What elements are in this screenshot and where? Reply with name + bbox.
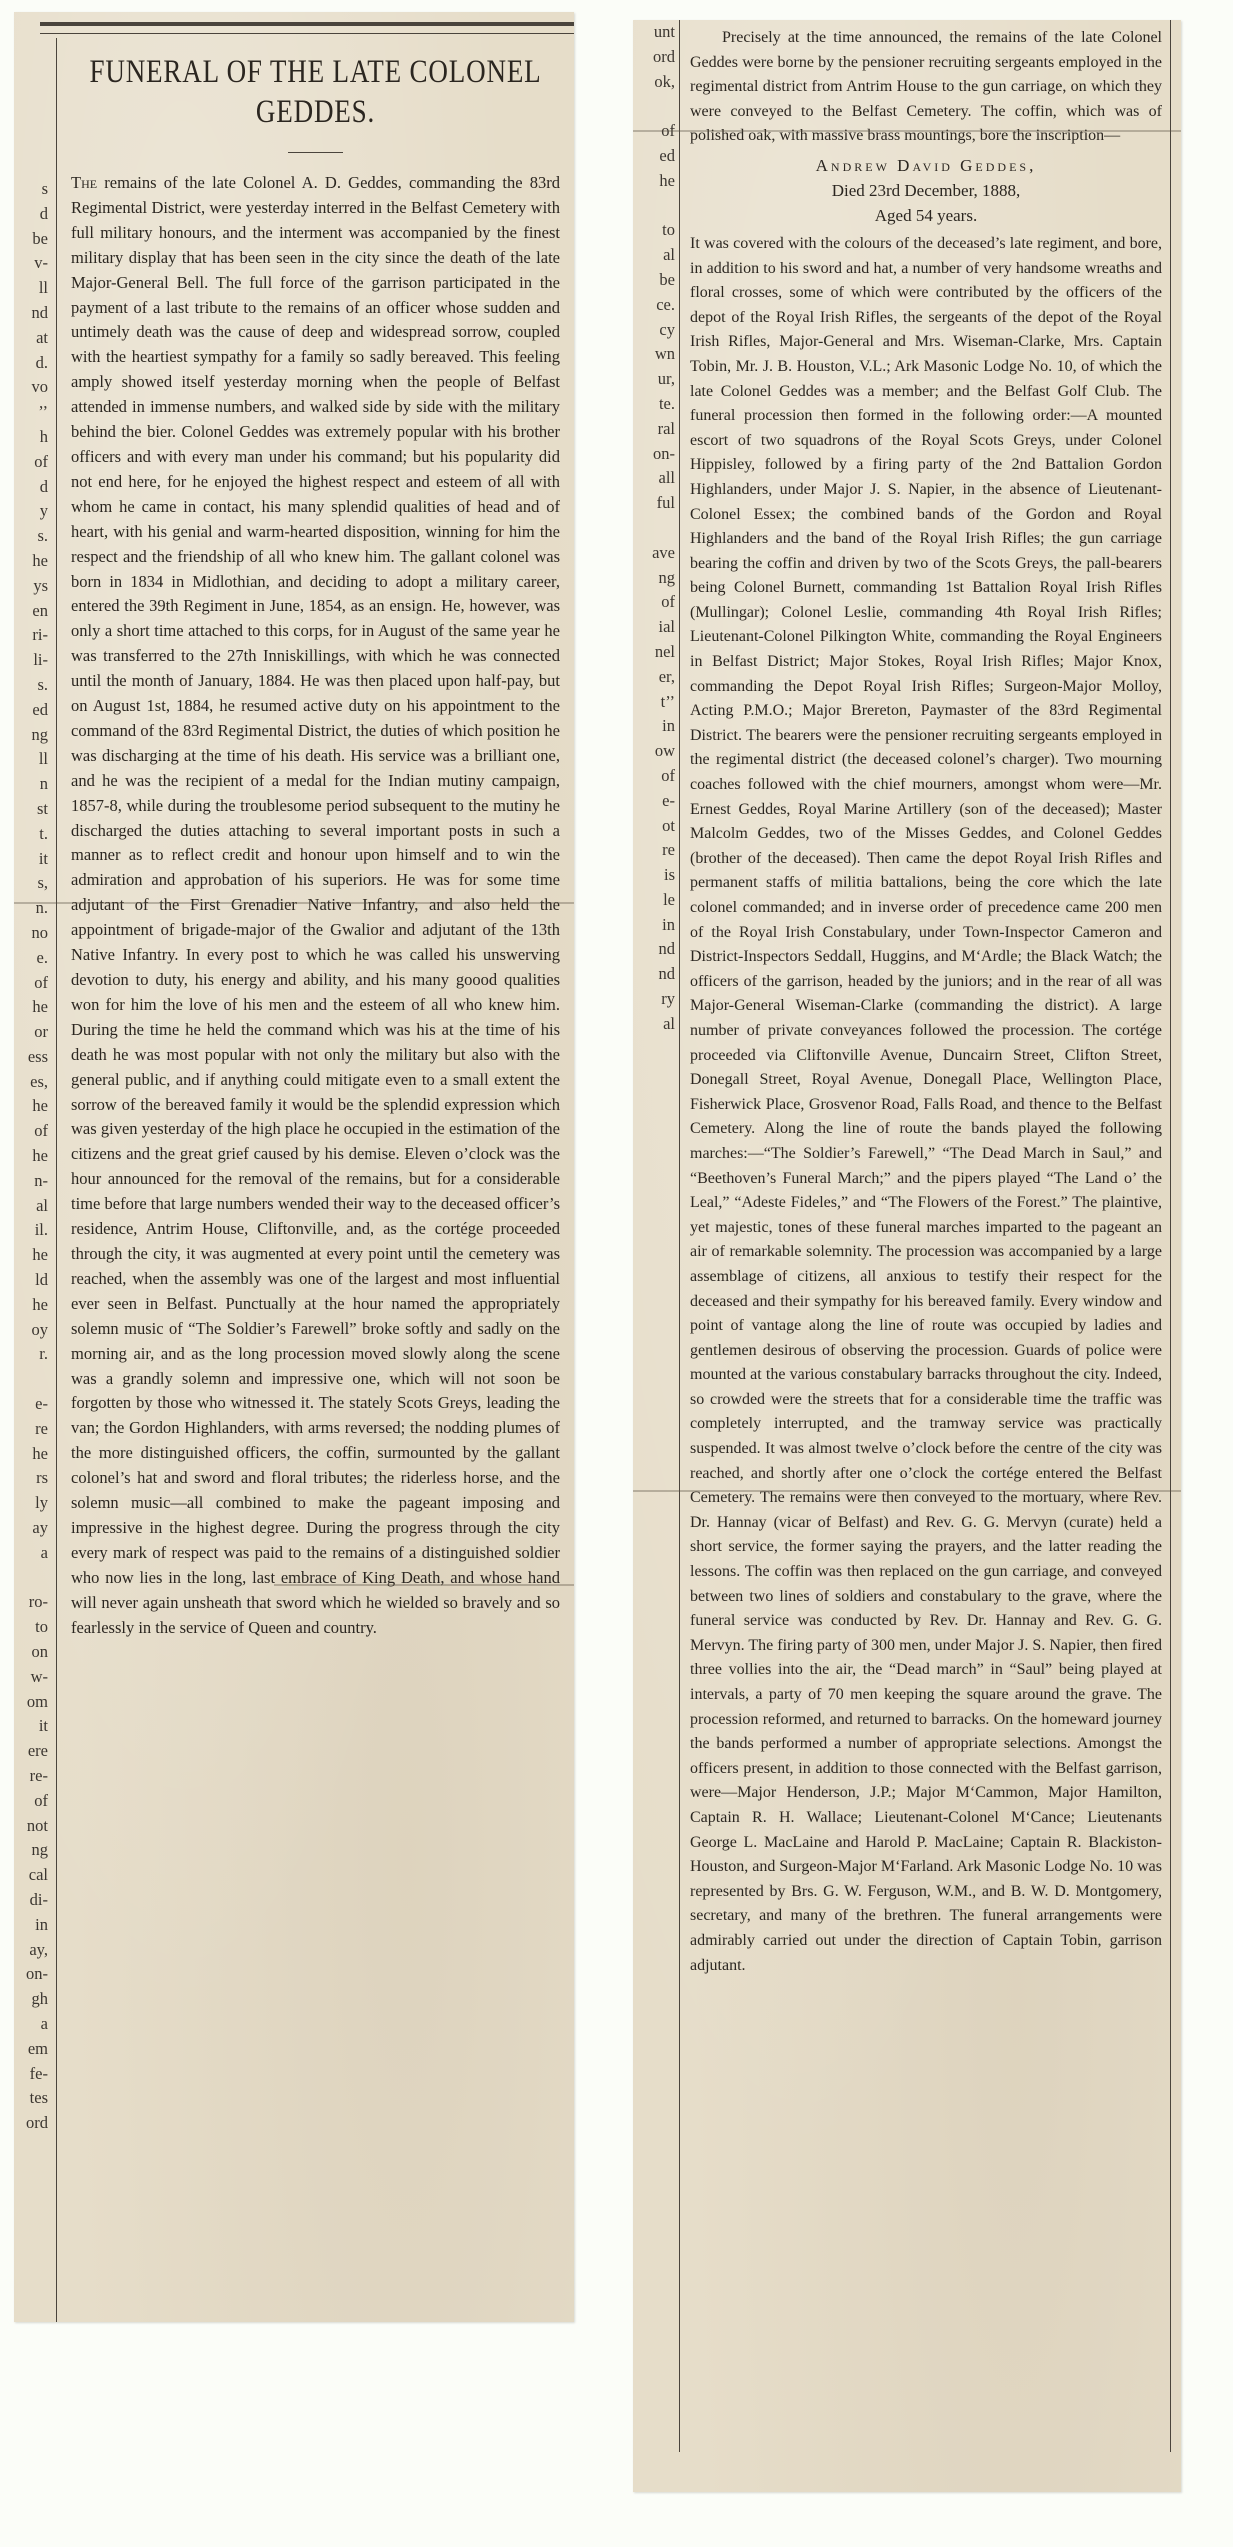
- edge-fragment: a: [18, 2012, 48, 2037]
- headline: FUNERAL OF THE LATE COLONEL GEDDES.: [82, 52, 549, 132]
- edge-fragment: in: [635, 714, 675, 739]
- edge-fragment: y: [18, 499, 48, 524]
- fold-crease: [14, 902, 574, 904]
- edge-fragment: v-: [18, 251, 48, 276]
- edge-fragment: nd: [635, 937, 675, 962]
- edge-fragment: nd: [18, 301, 48, 326]
- edge-fragment: of: [635, 764, 675, 789]
- edge-fragment: t’’: [635, 690, 675, 715]
- edge-fragment: [18, 1367, 48, 1392]
- edge-fragment: oy: [18, 1318, 48, 1343]
- edge-fragment: [635, 194, 675, 219]
- inscription-aged: Aged 54 years.: [690, 203, 1162, 228]
- edge-fragment: he: [18, 995, 48, 1020]
- edge-fragment: w-: [18, 1665, 48, 1690]
- edge-fragment: ry: [635, 987, 675, 1012]
- edge-fragment: d: [18, 202, 48, 227]
- edge-fragment: d.: [18, 351, 48, 376]
- edge-fragment: gh: [18, 1987, 48, 2012]
- edge-fragment: s: [18, 177, 48, 202]
- edge-fragment: al: [635, 1012, 675, 1037]
- edge-fragment: al: [18, 1194, 48, 1219]
- edge-fragment: ld: [18, 1268, 48, 1293]
- edge-fragment: ay: [18, 1516, 48, 1541]
- article-body-paragraph: It was covered with the colours of the d…: [690, 232, 1162, 1978]
- edge-fragment: e-: [635, 789, 675, 814]
- edge-fragment: wn: [635, 342, 675, 367]
- edge-fragment: is: [635, 863, 675, 888]
- edge-fragment: of: [18, 971, 48, 996]
- edge-fragment: [635, 516, 675, 541]
- headline-line-2: GEDDES.: [256, 94, 375, 130]
- adjacent-column-fragments: sdbev-llndatd.vo’’hofdys.heysenri-li-s.e…: [18, 177, 48, 2322]
- edge-fragment: nel: [635, 640, 675, 665]
- edge-fragment: of: [18, 1119, 48, 1144]
- edge-fragment: not: [18, 1814, 48, 1839]
- inscription-died: Died 23rd December, 1888,: [690, 178, 1162, 203]
- edge-fragment: em: [18, 2037, 48, 2062]
- edge-fragment: of: [635, 590, 675, 615]
- fold-crease: [274, 1584, 574, 1586]
- edge-fragment: en: [18, 599, 48, 624]
- lead-word: The: [71, 173, 97, 192]
- edge-fragment: [18, 1566, 48, 1591]
- edge-fragment: cy: [635, 318, 675, 343]
- edge-fragment: li-: [18, 648, 48, 673]
- article-funeral-colonel-geddes-part2: Precisely at the time announced, the rem…: [679, 20, 1171, 2452]
- fold-crease: [633, 130, 1181, 132]
- edge-fragment: ral: [635, 417, 675, 442]
- coffin-inscription: Andrew David Geddes, Died 23rd December,…: [690, 153, 1162, 228]
- edge-fragment: it: [18, 847, 48, 872]
- edge-fragment: ess: [18, 1045, 48, 1070]
- edge-fragment: ful: [635, 491, 675, 516]
- edge-fragment: ot: [635, 814, 675, 839]
- edge-fragment: h: [18, 425, 48, 450]
- edge-fragment: ng: [18, 723, 48, 748]
- edge-fragment: of: [18, 450, 48, 475]
- edge-fragment: he: [18, 1094, 48, 1119]
- edge-fragment: n.: [18, 896, 48, 921]
- inscription-name: Andrew David Geddes,: [690, 153, 1162, 178]
- edge-fragment: s.: [18, 673, 48, 698]
- edge-fragment: ’’: [18, 400, 48, 425]
- edge-fragment: on-: [635, 442, 675, 467]
- edge-fragment: ng: [18, 1838, 48, 1863]
- edge-fragment: [635, 94, 675, 119]
- adjacent-column-fragments: untordok, ofedhe toalbece.cywnur,te.ralo…: [635, 20, 675, 2492]
- edge-fragment: vo: [18, 375, 48, 400]
- edge-fragment: he: [18, 549, 48, 574]
- edge-fragment: cal: [18, 1863, 48, 1888]
- edge-fragment: in: [635, 913, 675, 938]
- edge-fragment: ave: [635, 541, 675, 566]
- edge-fragment: ri-: [18, 623, 48, 648]
- edge-fragment: ial: [635, 615, 675, 640]
- edge-fragment: unt: [635, 20, 675, 45]
- edge-fragment: s.: [18, 524, 48, 549]
- edge-fragment: re: [18, 1417, 48, 1442]
- edge-fragment: at: [18, 326, 48, 351]
- edge-fragment: ord: [18, 2111, 48, 2136]
- edge-fragment: on: [18, 1640, 48, 1665]
- edge-fragment: no: [18, 921, 48, 946]
- edge-fragment: all: [635, 466, 675, 491]
- edge-fragment: ro-: [18, 1590, 48, 1615]
- edge-fragment: nd: [635, 962, 675, 987]
- edge-fragment: ll: [18, 276, 48, 301]
- edge-fragment: ly: [18, 1491, 48, 1516]
- edge-fragment: ok,: [635, 70, 675, 95]
- edge-fragment: al: [635, 243, 675, 268]
- newspaper-clipping-left: sdbev-llndatd.vo’’hofdys.heysenri-li-s.e…: [14, 12, 574, 2322]
- edge-fragment: rs: [18, 1466, 48, 1491]
- edge-fragment: te.: [635, 392, 675, 417]
- edge-fragment: in: [18, 1913, 48, 1938]
- edge-fragment: ll: [18, 747, 48, 772]
- edge-fragment: il.: [18, 1218, 48, 1243]
- edge-fragment: es,: [18, 1070, 48, 1095]
- article-body-paragraph: The remains of the late Colonel A. D. Ge…: [71, 171, 560, 1640]
- edge-fragment: to: [18, 1615, 48, 1640]
- edge-fragment: on-: [18, 1962, 48, 1987]
- edge-fragment: he: [635, 169, 675, 194]
- edge-fragment: e.: [18, 946, 48, 971]
- headline-line-1: FUNERAL OF THE LATE COLONEL: [89, 54, 541, 90]
- edge-fragment: di-: [18, 1888, 48, 1913]
- edge-fragment: er,: [635, 665, 675, 690]
- edge-fragment: be: [18, 227, 48, 252]
- article-funeral-colonel-geddes-part1: FUNERAL OF THE LATE COLONEL GEDDES. The …: [56, 38, 568, 2322]
- edge-fragment: of: [18, 1789, 48, 1814]
- edge-fragment: re: [635, 838, 675, 863]
- edge-fragment: ng: [635, 566, 675, 591]
- edge-fragment: he: [18, 1442, 48, 1467]
- top-rule-divider: [40, 22, 574, 34]
- edge-fragment: ce.: [635, 293, 675, 318]
- edge-fragment: ay,: [18, 1938, 48, 1963]
- edge-fragment: om: [18, 1690, 48, 1715]
- edge-fragment: r.: [18, 1342, 48, 1367]
- edge-fragment: n-: [18, 1169, 48, 1194]
- edge-fragment: ur,: [635, 367, 675, 392]
- edge-fragment: n: [18, 772, 48, 797]
- edge-fragment: tes: [18, 2086, 48, 2111]
- edge-fragment: re-: [18, 1764, 48, 1789]
- edge-fragment: it: [18, 1714, 48, 1739]
- edge-fragment: ow: [635, 739, 675, 764]
- edge-fragment: to: [635, 218, 675, 243]
- edge-fragment: he: [18, 1243, 48, 1268]
- edge-fragment: he: [18, 1293, 48, 1318]
- edge-fragment: st: [18, 797, 48, 822]
- edge-fragment: he: [18, 1144, 48, 1169]
- edge-fragment: ys: [18, 574, 48, 599]
- edge-fragment: s,: [18, 871, 48, 896]
- edge-fragment: ed: [635, 144, 675, 169]
- fold-crease: [633, 1490, 1181, 1492]
- headline-rule: [288, 152, 343, 153]
- edge-fragment: fe-: [18, 2062, 48, 2087]
- edge-fragment: ed: [18, 698, 48, 723]
- edge-fragment: d: [18, 475, 48, 500]
- edge-fragment: ere: [18, 1739, 48, 1764]
- edge-fragment: t.: [18, 822, 48, 847]
- edge-fragment: e-: [18, 1392, 48, 1417]
- edge-fragment: a: [18, 1541, 48, 1566]
- paragraph-text: remains of the late Colonel A. D. Geddes…: [71, 173, 560, 1637]
- edge-fragment: be: [635, 268, 675, 293]
- edge-fragment: ord: [635, 45, 675, 70]
- newspaper-clipping-right: untordok, ofedhe toalbece.cywnur,te.ralo…: [633, 20, 1181, 2492]
- edge-fragment: or: [18, 1020, 48, 1045]
- edge-fragment: le: [635, 888, 675, 913]
